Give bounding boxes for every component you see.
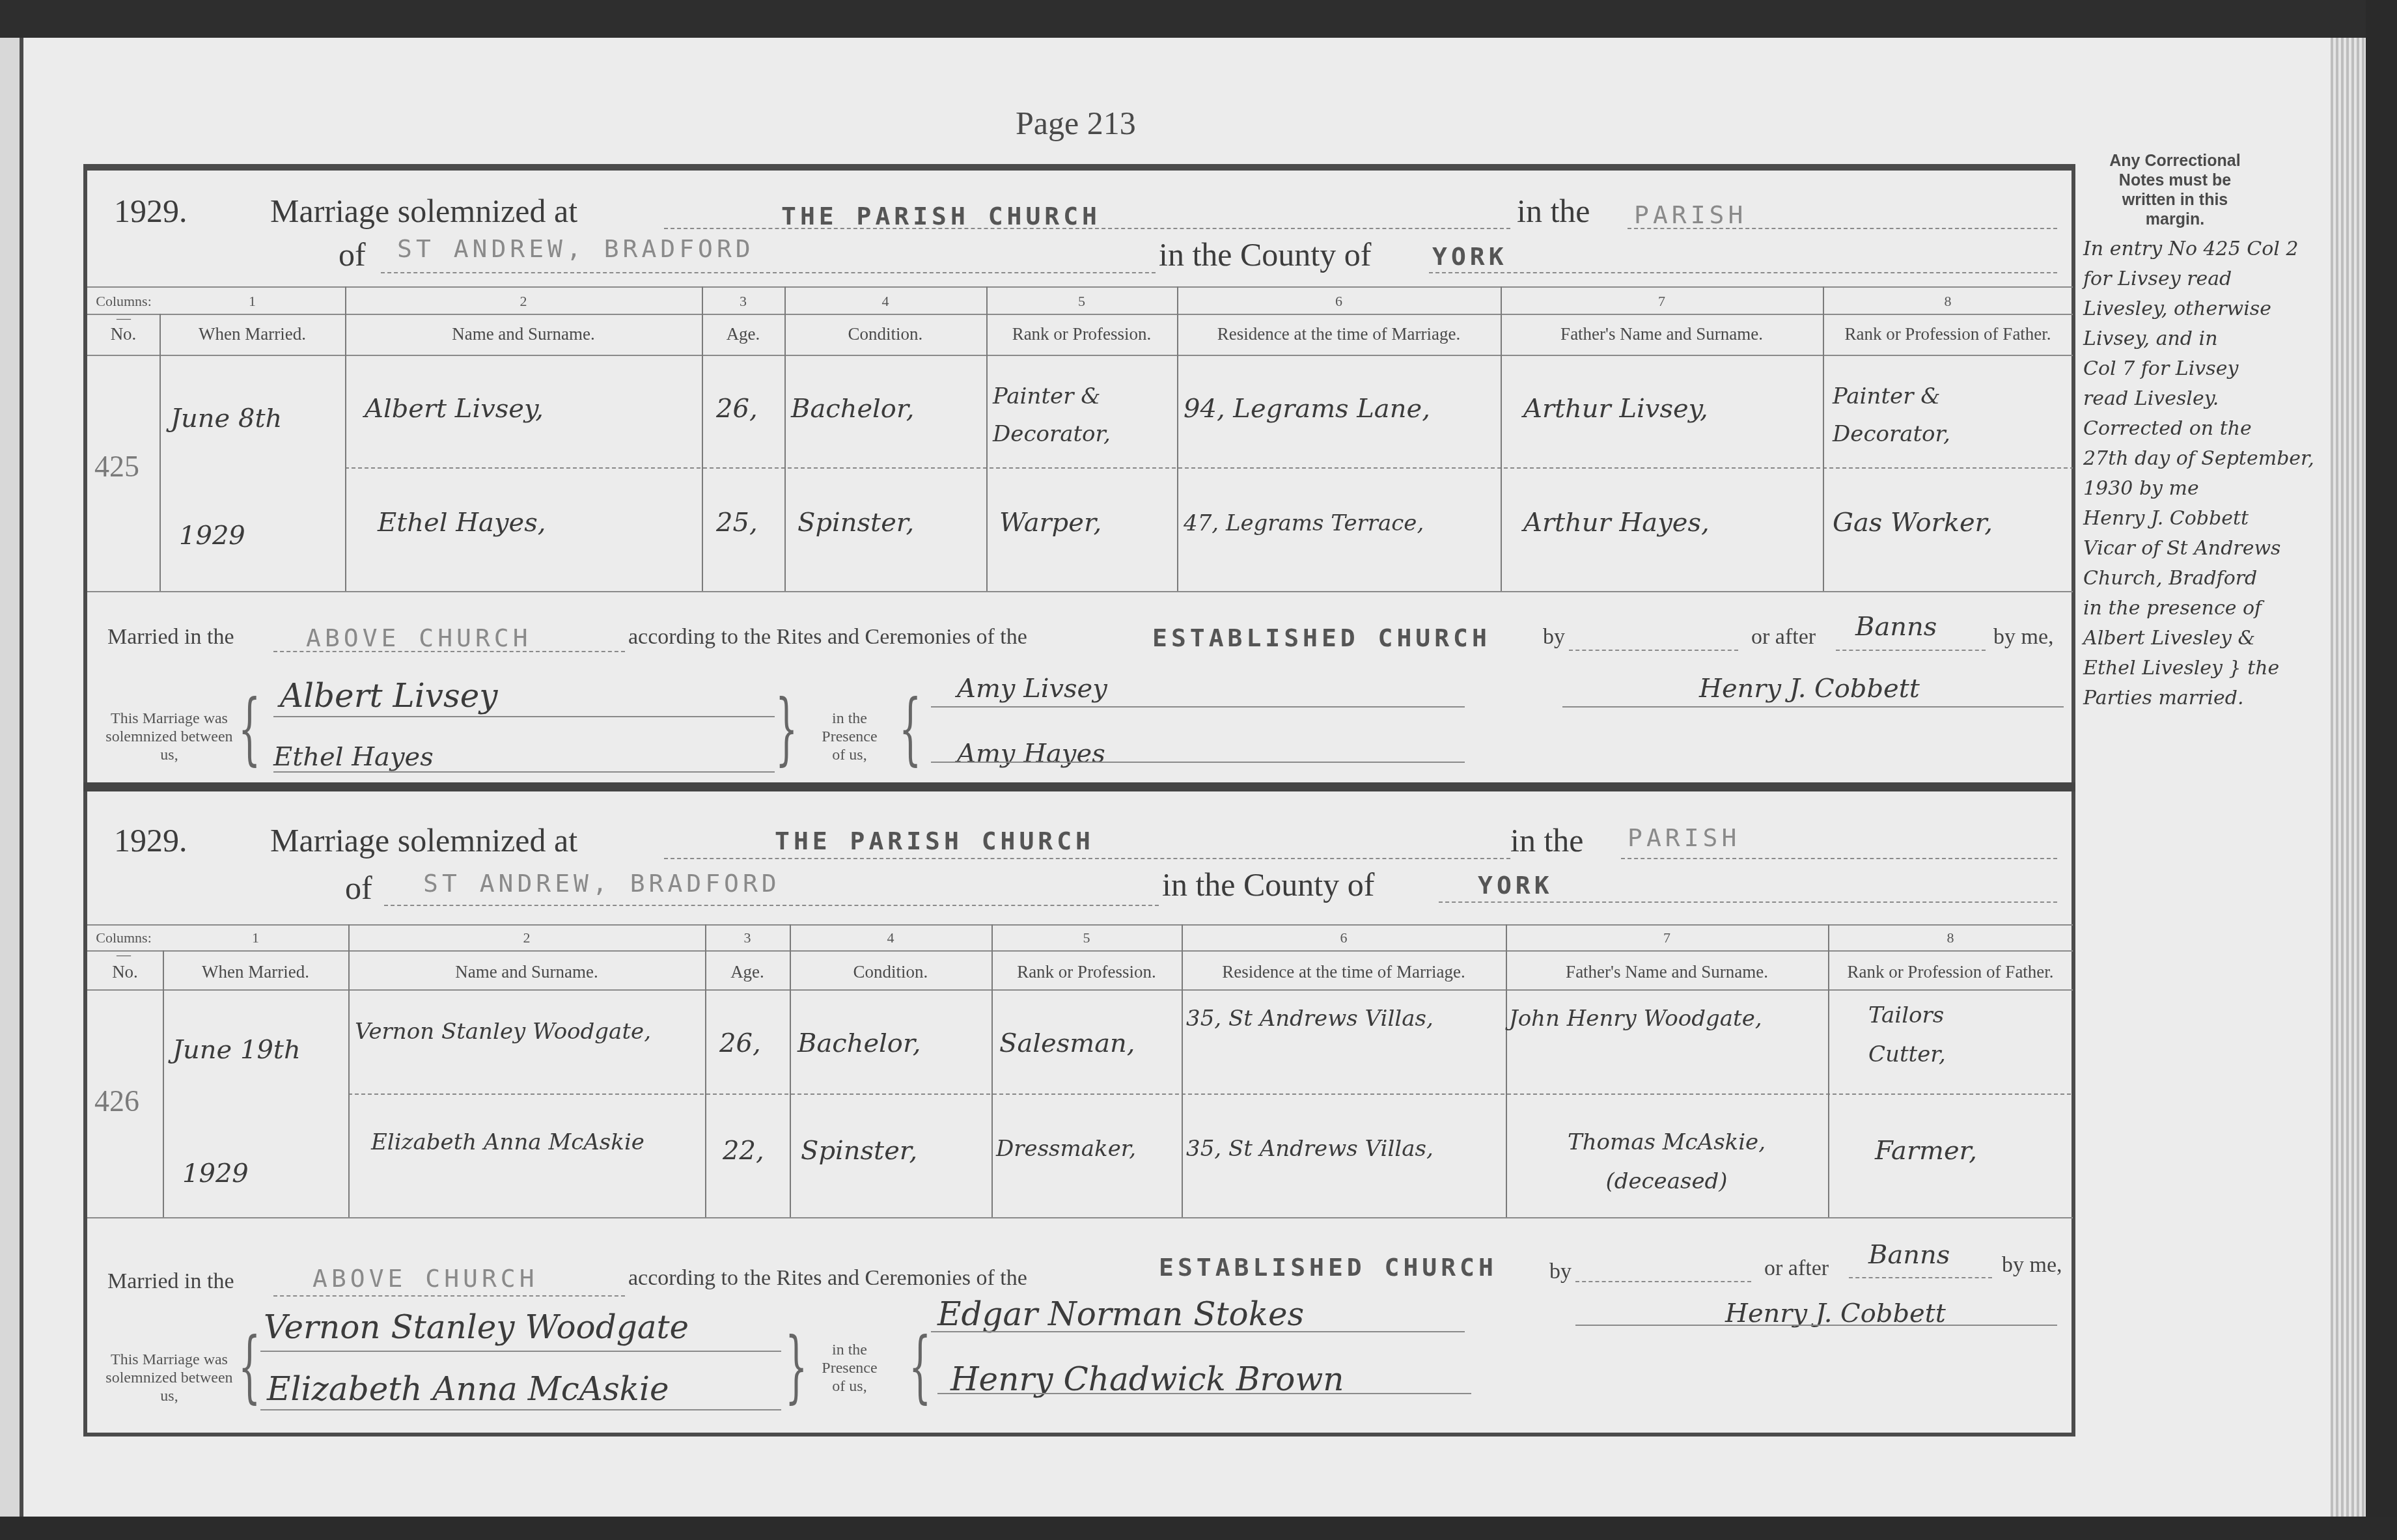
label-in-presence: in the Presence of us,	[817, 1341, 882, 1396]
entry-number: 425	[94, 449, 139, 484]
bride-father: Arthur Hayes,	[1523, 508, 1710, 538]
bride-signature: Elizabeth Anna McAskie	[267, 1370, 669, 1408]
fill-line	[1849, 1277, 1992, 1278]
rule	[87, 1217, 2073, 1218]
note-line: Col 7 for Livsey	[2083, 354, 2331, 384]
col-header-father-profession: Rank or Profession of Father.	[1828, 962, 2073, 982]
col-rule	[163, 950, 164, 1217]
rule	[87, 924, 2073, 926]
col-num: 3	[702, 293, 784, 310]
fill-line	[1836, 650, 1986, 651]
groom-signature: Vernon Stanley Woodgate	[264, 1308, 689, 1346]
label-in-presence: in the Presence of us,	[817, 709, 882, 764]
columns-label: Columns:—	[91, 929, 156, 963]
label-according-to: according to the Rites and Ceremonies of…	[628, 625, 1027, 650]
groom-profession: Salesman,	[999, 1028, 1135, 1058]
note-line: 27th day of September,	[2083, 444, 2331, 474]
col-num: 8	[1823, 293, 2073, 310]
label-this-marriage: This Marriage was solemnized between us,	[98, 709, 241, 764]
married-in-stamp: ABOVE CHURCH	[306, 624, 532, 652]
col-header-no: No.	[87, 962, 163, 982]
fill-line	[1569, 650, 1738, 651]
groom-condition: Bachelor,	[797, 1028, 921, 1058]
col-num: 7	[1501, 293, 1823, 310]
correction-note: In entry No 425 Col 2 for Livsey read Li…	[2083, 234, 2331, 713]
witness-2-signature: Amy Hayes	[957, 739, 1105, 769]
col-rule	[159, 314, 161, 591]
marriage-year: 1929	[179, 521, 245, 551]
bride-name: Elizabeth Anna McAskie	[371, 1123, 677, 1162]
fill-line	[1575, 1325, 2057, 1326]
marriage-year: 1929	[182, 1159, 249, 1189]
after-banns: Banns	[1855, 612, 1937, 642]
brace: {	[238, 1321, 260, 1412]
brace: {	[238, 683, 260, 774]
fill-line	[931, 762, 1465, 763]
note-line: Vicar of St Andrews	[2083, 534, 2331, 564]
parish-stamp: ST ANDREW, BRADFORD	[397, 234, 755, 263]
bride-profession: Warper,	[999, 508, 1102, 538]
brace: {	[909, 1321, 931, 1412]
col-num: 5	[986, 293, 1177, 310]
fill-line	[1429, 272, 2057, 273]
col-header-condition: Condition.	[790, 962, 991, 982]
label-solemnized-at: Marriage solemnized at	[270, 192, 577, 230]
rule	[87, 355, 2073, 356]
groom-age: 26,	[716, 394, 758, 424]
note-line: Corrected on the	[2083, 414, 2331, 444]
rule	[87, 950, 2073, 952]
bride-signature: Ethel Hayes	[273, 742, 434, 772]
bride-father-profession: Farmer,	[1875, 1136, 1977, 1166]
book-frame-top	[0, 0, 2397, 38]
note-line: read Livesley.	[2083, 384, 2331, 414]
page-number: Page 213	[1016, 104, 1136, 142]
label-county-of: in the County of	[1162, 866, 1374, 903]
parish-stamp: ST ANDREW, BRADFORD	[423, 869, 781, 898]
book-gutter	[0, 0, 23, 1540]
label-married-in: Married in the	[107, 1269, 234, 1294]
entry-year: 1929.	[114, 192, 187, 230]
col-header-father: Father's Name and Surname.	[1501, 324, 1823, 344]
bride-condition: Spinster,	[801, 1136, 917, 1166]
after-banns: Banns	[1868, 1240, 1950, 1270]
rule	[87, 314, 2073, 315]
label-of: of	[339, 236, 366, 273]
col-header-residence: Residence at the time of Marriage.	[1182, 962, 1506, 982]
church-stamp: THE PARISH CHURCH	[775, 827, 1094, 855]
brace: {	[899, 683, 921, 774]
label-in-the: in the	[1517, 192, 1590, 230]
entry-divider	[83, 782, 2075, 791]
rites-stamp: ESTABLISHED CHURCH	[1159, 1253, 1497, 1282]
col-num: 4	[784, 293, 986, 310]
groom-father-profession: Tailors Cutter,	[1868, 996, 1999, 1074]
bride-condition: Spinster,	[797, 508, 914, 538]
bride-age: 22,	[723, 1136, 764, 1166]
note-line: Livsey, and in	[2083, 324, 2331, 354]
bride-father: Thomas McAskie, (deceased)	[1517, 1123, 1816, 1201]
county-stamp: YORK	[1478, 871, 1553, 900]
fill-line	[664, 858, 1510, 859]
col-num: 8	[1828, 929, 2073, 946]
groom-name: Albert Livsey,	[365, 394, 544, 424]
rule	[87, 286, 2073, 288]
col-header-name: Name and Surname.	[348, 962, 705, 982]
label-in-the: in the	[1510, 821, 1583, 859]
col-header-condition: Condition.	[784, 324, 986, 344]
label-married-in: Married in the	[107, 625, 234, 650]
bride-residence: 47, Legrams Terrace,	[1184, 510, 1424, 536]
book-frame-bottom	[0, 1517, 2397, 1540]
witness-1-signature: Amy Livsey	[957, 674, 1107, 704]
label-by: by	[1549, 1259, 1572, 1284]
col-num: 6	[1177, 293, 1501, 310]
brace: }	[785, 1321, 807, 1412]
label-this-marriage: This Marriage was solemnized between us,	[98, 1351, 241, 1405]
note-line: Ethel Livesley } the Parties married.	[2083, 653, 2331, 713]
bride-father-profession: Gas Worker,	[1833, 508, 1993, 538]
col-header-when-married: When Married.	[163, 962, 348, 982]
groom-father: John Henry Woodgate,	[1509, 1006, 1762, 1032]
columns-label: Columns:—	[91, 293, 156, 327]
county-stamp: YORK	[1432, 242, 1508, 271]
label-or-after: or after	[1764, 1256, 1829, 1281]
married-in-stamp: ABOVE CHURCH	[312, 1264, 538, 1293]
groom-residence: 94, Legrams Lane,	[1184, 394, 1430, 424]
col-header-father-profession: Rank or Profession of Father.	[1823, 324, 2073, 344]
note-line: In entry No 425 Col 2	[2083, 234, 2331, 264]
col-num: 1	[163, 929, 348, 946]
entry-number: 426	[94, 1084, 139, 1118]
col-header-father: Father's Name and Surname.	[1506, 962, 1828, 982]
marriage-date: June 8th	[171, 404, 282, 433]
label-by-me: by me,	[1993, 625, 2054, 650]
witness-1-signature: Edgar Norman Stokes	[937, 1295, 1304, 1333]
col-num: 2	[348, 929, 705, 946]
label-of: of	[345, 869, 372, 907]
label-by-me: by me,	[2002, 1253, 2062, 1278]
groom-condition: Bachelor,	[791, 394, 914, 424]
entry-year: 1929.	[114, 821, 187, 859]
col-header-age: Age.	[702, 324, 784, 344]
col-num: 1	[159, 293, 345, 310]
note-line: Henry J. Cobbett	[2083, 504, 2331, 534]
col-num: 5	[991, 929, 1182, 946]
col-header-residence: Residence at the time of Marriage.	[1177, 324, 1501, 344]
rule	[348, 1093, 2073, 1095]
fill-line	[937, 1393, 1471, 1394]
note-line: Church, Bradford	[2083, 564, 2331, 594]
note-line: 1930 by me	[2083, 474, 2331, 504]
note-line: in the presence of	[2083, 594, 2331, 624]
col-header-profession: Rank or Profession.	[991, 962, 1182, 982]
brace: }	[775, 683, 797, 774]
fill-line	[260, 1351, 781, 1352]
bride-profession: Dressmaker,	[996, 1136, 1136, 1162]
col-header-when-married: When Married.	[159, 324, 345, 344]
col-header-profession: Rank or Profession.	[986, 324, 1177, 344]
groom-father: Arthur Livsey,	[1523, 394, 1708, 424]
fill-line	[384, 905, 1159, 906]
fill-line	[273, 1295, 625, 1297]
col-num: 6	[1182, 929, 1506, 946]
col-header-no: No.	[87, 324, 159, 344]
fill-line	[1439, 901, 2057, 903]
district-stamp: PARISH	[1634, 200, 1747, 229]
groom-profession: Painter & Decorator,	[993, 378, 1169, 453]
fill-line	[931, 706, 1465, 708]
groom-residence: 35, St Andrews Villas,	[1186, 1006, 1434, 1032]
rule	[87, 989, 2073, 991]
fill-line	[260, 1409, 781, 1410]
col-num: 7	[1506, 929, 1828, 946]
bride-residence: 35, St Andrews Villas,	[1186, 1136, 1434, 1162]
label-according-to: according to the Rites and Ceremonies of…	[628, 1266, 1027, 1291]
col-num: 3	[705, 929, 790, 946]
rule	[87, 591, 2073, 592]
fill-line	[273, 771, 775, 773]
groom-age: 26,	[719, 1028, 761, 1058]
fill-line	[1562, 706, 2064, 708]
col-header-name: Name and Surname.	[345, 324, 702, 344]
groom-father-profession: Painter & Decorator,	[1833, 378, 2028, 453]
groom-name: Vernon Stanley Woodgate,	[355, 1012, 693, 1051]
label-county-of: in the County of	[1159, 236, 1371, 273]
col-num: 2	[345, 293, 702, 310]
note-line: Albert Livesley &	[2083, 624, 2331, 653]
marriage-date: June 19th	[173, 1035, 301, 1065]
district-stamp: PARISH	[1628, 823, 1740, 852]
note-line: for Livsey read	[2083, 264, 2331, 294]
page-edge	[2331, 34, 2366, 1518]
note-line: Livesley, otherwise	[2083, 294, 2331, 324]
bride-age: 25,	[716, 508, 758, 538]
church-stamp: THE PARISH CHURCH	[781, 202, 1101, 230]
fill-line	[931, 1331, 1465, 1332]
groom-signature: Albert Livsey	[280, 677, 498, 715]
label-or-after: or after	[1751, 625, 1816, 650]
label-solemnized-at: Marriage solemnized at	[270, 821, 577, 859]
fill-line	[273, 716, 775, 717]
officiant-signature: Henry J. Cobbett	[1699, 674, 1920, 704]
bride-name: Ethel Hayes,	[378, 508, 546, 538]
fill-line	[1575, 1281, 1751, 1282]
rule	[345, 467, 2073, 469]
col-num: 4	[790, 929, 991, 946]
rites-stamp: ESTABLISHED CHURCH	[1152, 624, 1491, 652]
label-by: by	[1543, 625, 1565, 650]
margin-instruction: Any Correctional Notes must be written i…	[2091, 151, 2259, 229]
fill-line	[381, 272, 1156, 273]
book-frame-right	[2366, 0, 2397, 1540]
col-header-age: Age.	[705, 962, 790, 982]
fill-line	[1621, 858, 2057, 859]
